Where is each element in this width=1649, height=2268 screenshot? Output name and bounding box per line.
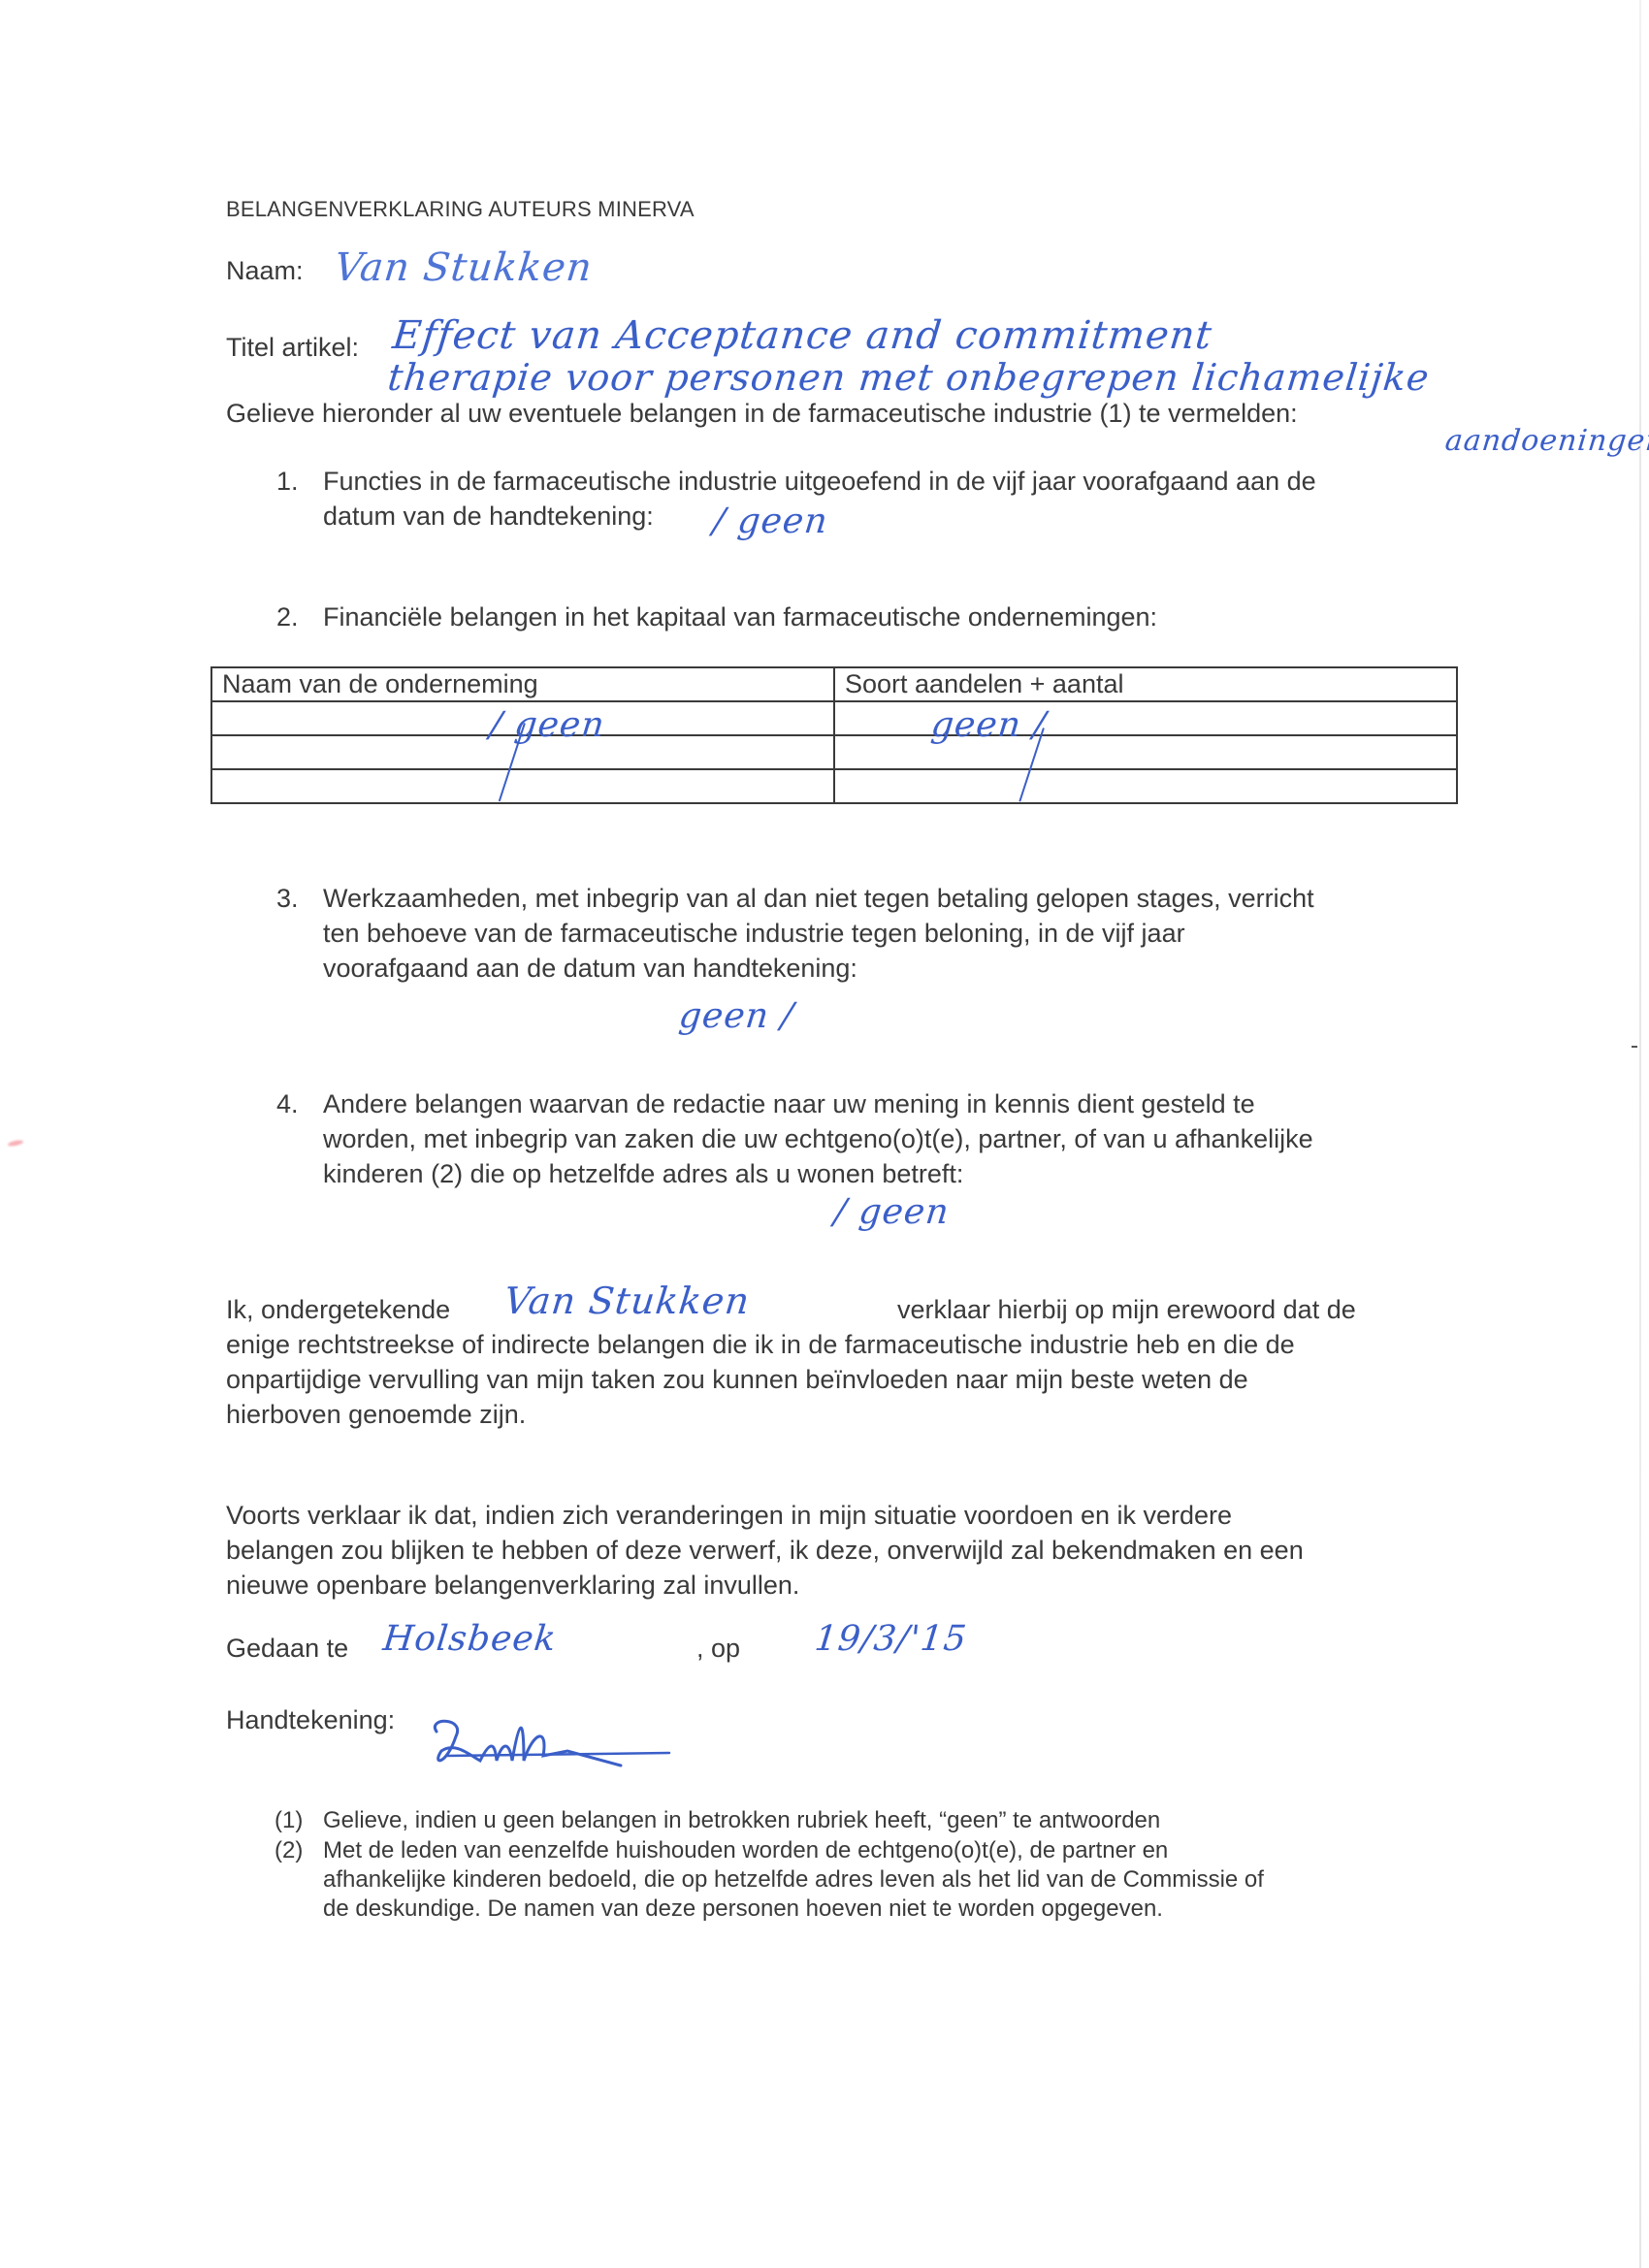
item-3-line-1: Werkzaamheden, met inbegrip van al dan n… xyxy=(323,886,1314,912)
item-1-number: 1. xyxy=(276,469,299,495)
table-cell[interactable] xyxy=(834,701,1457,735)
scanned-document-page: BELANGENVERKLARING AUTEURS MINERVA Naam:… xyxy=(0,0,1649,2268)
item-4-answer-handwritten: / geen xyxy=(832,1195,951,1230)
table-cell[interactable] xyxy=(211,769,834,803)
date-label: , op xyxy=(696,1636,740,1662)
item-3-line-3: voorafgaand aan de datum van handtekenin… xyxy=(323,956,857,982)
signature-label: Handtekening: xyxy=(226,1707,395,1733)
further-line-3: nieuwe openbare belangenverklaring zal i… xyxy=(226,1572,799,1599)
item-3-number: 3. xyxy=(276,886,299,912)
scan-mark xyxy=(1632,1046,1637,1048)
article-title-handwritten-line2: therapie voor personen met onbegrepen li… xyxy=(386,359,1432,396)
table-row xyxy=(211,735,1457,769)
signature-handwritten xyxy=(427,1712,679,1780)
item-2-line-1: Financiële belangen in het kapitaal van … xyxy=(323,604,1157,631)
footnote-2-line-1: Met de leden van eenzelfde huishouden wo… xyxy=(323,1839,1168,1863)
declaration-name-handwritten: Van Stukken xyxy=(502,1282,752,1319)
date-handwritten: 19/3/'15 xyxy=(813,1622,968,1657)
item-4-number: 4. xyxy=(276,1091,299,1118)
item-3-line-2: ten behoeve van de farmaceutische indust… xyxy=(323,921,1185,947)
declaration-line-4: hierboven genoemde zijn. xyxy=(226,1402,526,1428)
item-4-line-3: kinderen (2) die op hetzelfde adres als … xyxy=(323,1161,963,1187)
footnote-1-line-1: Gelieve, indien u geen belangen in betro… xyxy=(323,1809,1160,1832)
table-row xyxy=(211,701,1457,735)
name-handwritten: Van Stukken xyxy=(333,248,595,287)
table-header-company: Naam van de onderneming xyxy=(211,667,834,701)
declaration-line-1-suffix: verklaar hierbij op mijn erewoord dat de xyxy=(897,1297,1356,1323)
further-line-1: Voorts verklaar ik dat, indien zich vera… xyxy=(226,1503,1232,1529)
item-1-answer-handwritten: / geen xyxy=(711,504,829,539)
declaration-prefix: Ik, ondergetekende xyxy=(226,1297,450,1323)
table-header-row: Naam van de onderneming Soort aandelen +… xyxy=(211,667,1457,701)
scan-smudge xyxy=(8,1139,24,1147)
table-cell[interactable] xyxy=(834,735,1457,769)
table-header-shares: Soort aandelen + aantal xyxy=(834,667,1457,701)
declaration-line-3: onpartijdige vervulling van mijn taken z… xyxy=(226,1367,1248,1393)
intro-text: Gelieve hieronder al uw eventuele belang… xyxy=(226,401,1298,427)
item-2-number: 2. xyxy=(276,604,299,631)
financial-interests-table: Naam van de onderneming Soort aandelen +… xyxy=(210,666,1458,804)
table-answer-shares-handwritten: geen / xyxy=(929,708,1048,743)
article-title-label: Titel artikel: xyxy=(226,335,359,361)
footnote-2-marker: (2) xyxy=(275,1839,303,1863)
footnote-2-line-2: afhankelijke kinderen bedoeld, die op he… xyxy=(323,1868,1264,1892)
table-row xyxy=(211,769,1457,803)
place-handwritten: Holsbeek xyxy=(381,1622,558,1657)
scan-edge-line xyxy=(1639,0,1641,2268)
item-4-line-1: Andere belangen waarvan de redactie naar… xyxy=(323,1091,1255,1118)
item-3-answer-handwritten: geen / xyxy=(677,999,795,1034)
signature-scribble-icon xyxy=(427,1712,679,1780)
item-1-line-2: datum van de handtekening: xyxy=(323,503,654,530)
item-1-line-1: Functies in de farmaceutische industrie … xyxy=(323,469,1316,495)
article-title-handwritten-line1: Effect van Acceptance and commitment xyxy=(391,316,1214,355)
name-label: Naam: xyxy=(226,258,304,284)
footnote-2-line-3: de deskundige. De namen van deze persone… xyxy=(323,1897,1163,1921)
table-cell[interactable] xyxy=(834,769,1457,803)
further-line-2: belangen zou blijken te hebben of deze v… xyxy=(226,1538,1304,1564)
place-label: Gedaan te xyxy=(226,1636,348,1662)
item-4-line-2: worden, met inbegrip van zaken die uw ec… xyxy=(323,1126,1313,1152)
article-title-handwritten-line3: aandoeningen xyxy=(1443,427,1649,456)
table-answer-company-handwritten: / geen xyxy=(488,708,606,743)
document-title: BELANGENVERKLARING AUTEURS MINERVA xyxy=(226,199,695,220)
declaration-line-2: enige rechtstreekse of indirecte belange… xyxy=(226,1332,1295,1358)
footnote-1-marker: (1) xyxy=(275,1809,303,1832)
